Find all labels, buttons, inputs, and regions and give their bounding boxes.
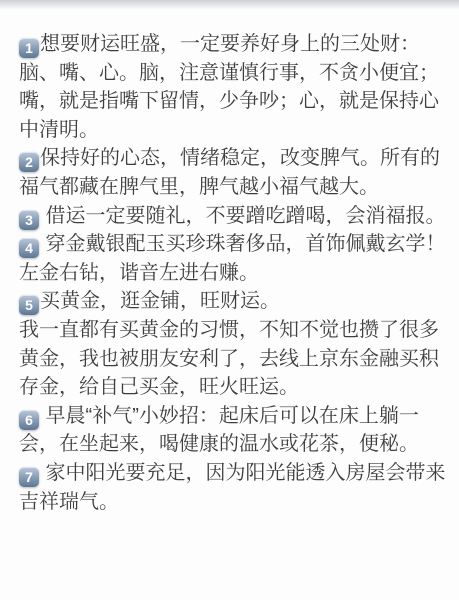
tip-text-6: 早晨“补气”小妙招：起床后可以在床上躺一会，在坐起来，喝健康的温水或花茶，便秘。 — [19, 405, 419, 456]
keycap-6-icon: 6 — [19, 410, 39, 430]
keycap-4-icon: 4 — [19, 238, 39, 258]
tip-paragraph-5-detail: 我一直都有买黄金的习惯，不知不觉也攒了很多黄金，我也被朋友安利了，去线上京东金融… — [19, 316, 451, 402]
tip-text-2: 保持好的心态，情绪稳定，改变脾气。所有的福气都藏在脾气里，脾气越小福气越大。 — [19, 147, 440, 198]
keycap-2-icon: 2 — [19, 152, 39, 172]
tip-paragraph-1: 1想要财运旺盛，一定要养好身上的三处财：脑、嘴、心。脑，注意谨慎行事，不贪小便宜… — [19, 30, 451, 144]
tip-paragraph-2: 2保持好的心态，情绪稳定，改变脾气。所有的福气都藏在脾气里，脾气越小福气越大。 — [19, 144, 451, 201]
tip-paragraph-4: 4 穿金戴银配玉买珍珠奢侈品，首饰佩戴玄学！左金右钻，谐音左进右赚。 — [19, 230, 451, 287]
post-page: 1想要财运旺盛，一定要养好身上的三处财：脑、嘴、心。脑，注意谨慎行事，不贪小便宜… — [0, 0, 459, 600]
keycap-1-icon: 1 — [19, 38, 39, 58]
tip-text-3: 借运一定要随礼，不要蹭吃蹭喝，会消福报。 — [40, 205, 446, 227]
post-content: 1想要财运旺盛，一定要养好身上的三处财：脑、嘴、心。脑，注意谨慎行事，不贪小便宜… — [0, 0, 459, 516]
tip-paragraph-5: 5买黄金，逛金铺，旺财运。 — [19, 287, 451, 316]
keycap-3-icon: 3 — [19, 210, 39, 230]
tip-text-4: 穿金戴银配玉买珍珠奢侈品，首饰佩戴玄学！左金右钻，谐音左进右赚。 — [19, 233, 446, 284]
tip-text-7: 家中阳光要充足，因为阳光能透入房屋会带来吉祥瑞气。 — [19, 462, 446, 513]
tip-paragraph-3: 3 借运一定要随礼，不要蹭吃蹭喝，会消福报。 — [19, 202, 451, 231]
keycap-5-icon: 5 — [19, 295, 39, 315]
tip-paragraph-7: 7 家中阳光要充足，因为阳光能透入房屋会带来吉祥瑞气。 — [19, 459, 451, 516]
tip-text-1: 想要财运旺盛，一定要养好身上的三处财：脑、嘴、心。脑，注意谨慎行事，不贪小便宜；… — [19, 33, 439, 141]
tip-text-5-detail: 我一直都有买黄金的习惯，不知不觉也攒了很多黄金，我也被朋友安利了，去线上京东金融… — [19, 319, 439, 398]
tip-text-5: 买黄金，逛金铺，旺财运。 — [40, 290, 280, 312]
keycap-7-icon: 7 — [19, 467, 39, 487]
tip-paragraph-6: 6 早晨“补气”小妙招：起床后可以在床上躺一会，在坐起来，喝健康的温水或花茶，便… — [19, 402, 451, 459]
